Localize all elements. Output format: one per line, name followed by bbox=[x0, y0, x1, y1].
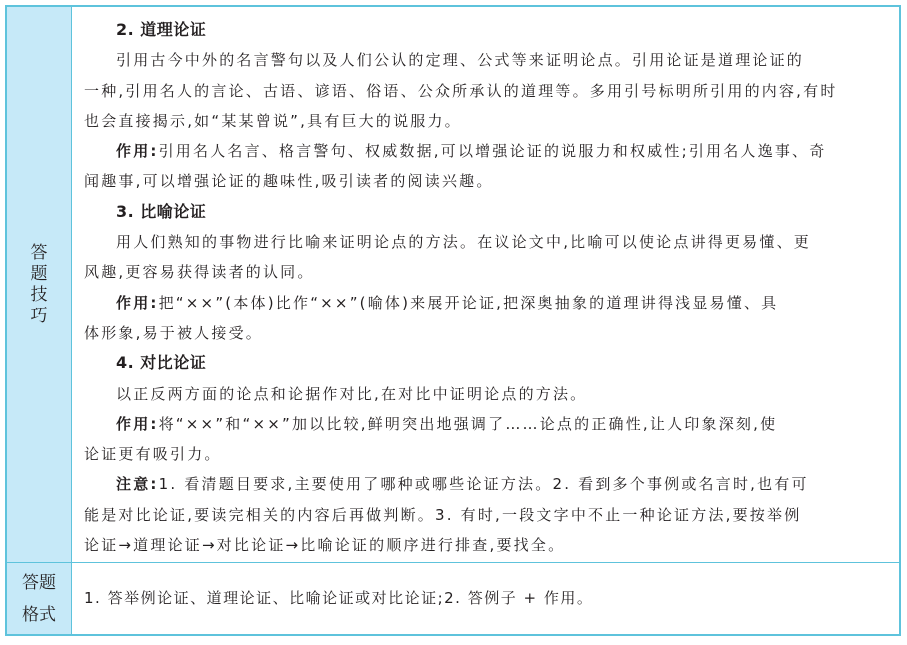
effect-line: 作用:把“××”(本体)比作“××”(喻体)来展开论证,把深奥抽象的道理讲得浅显… bbox=[84, 288, 889, 318]
note-label: 注意: bbox=[116, 475, 159, 493]
definition-line: 以正反两方面的论点和论据作对比,在对比中证明论点的方法。 bbox=[84, 379, 889, 409]
tips-row: 答题技巧 2. 道理论证 引用古今中外的名言警句以及人们公认的定理、公式等来证明… bbox=[7, 7, 899, 563]
definition-line: 用人们熟知的事物进行比喻来证明论点的方法。在议论文中,比喻可以使论点讲得更易懂、… bbox=[84, 227, 889, 257]
format-label-cell: 答题格式 bbox=[7, 563, 72, 634]
section-heading: 4. 对比论证 bbox=[84, 348, 889, 378]
effect-label: 作用: bbox=[116, 415, 159, 433]
effect-text: 将“××”和“××”加以比较,鲜明突出地强调了……论点的正确性,让人印象深刻,使 bbox=[159, 415, 778, 433]
definition-line: 风趣,更容易获得读者的认同。 bbox=[84, 257, 889, 287]
answer-guide-table: 答题技巧 2. 道理论证 引用古今中外的名言警句以及人们公认的定理、公式等来证明… bbox=[5, 5, 901, 636]
effect-text: 引用名人名言、格言警句、权威数据,可以增强论证的说服力和权威性;引用名人逸事、奇 bbox=[159, 142, 827, 160]
note-line: 注意:1. 看清题目要求,主要使用了哪种或哪些论证方法。2. 看到多个事例或名言… bbox=[84, 469, 889, 499]
effect-line: 体形象,易于被人接受。 bbox=[84, 318, 889, 348]
section-heading: 2. 道理论证 bbox=[84, 15, 889, 45]
effect-line: 作用:将“××”和“××”加以比较,鲜明突出地强调了……论点的正确性,让人印象深… bbox=[84, 409, 889, 439]
note-text: 1. 看清题目要求,主要使用了哪种或哪些论证方法。2. 看到多个事例或名言时,也… bbox=[159, 475, 809, 493]
effect-line: 闻趣事,可以增强论证的趣味性,吸引读者的阅读兴趣。 bbox=[84, 166, 889, 196]
format-row: 答题格式 1. 答举例论证、道理论证、比喻论证或对比论证;2. 答例子 + 作用… bbox=[7, 563, 899, 634]
note-line: 论证→道理论证→对比论证→比喻论证的顺序进行排查,要找全。 bbox=[84, 530, 889, 560]
tips-label: 答题技巧 bbox=[30, 243, 48, 327]
definition-line: 也会直接揭示,如“某某曾说”,具有巨大的说服力。 bbox=[84, 106, 889, 136]
effect-label: 作用: bbox=[116, 142, 159, 160]
section-heading: 3. 比喻论证 bbox=[84, 197, 889, 227]
format-label: 答题格式 bbox=[19, 567, 59, 631]
definition-line: 一种,引用名人的言论、古语、谚语、俗语、公众所承认的道理等。多用引号标明所引用的… bbox=[84, 76, 889, 106]
format-text: 1. 答举例论证、道理论证、比喻论证或对比论证;2. 答例子 + 作用。 bbox=[84, 583, 593, 613]
tips-content: 2. 道理论证 引用古今中外的名言警句以及人们公认的定理、公式等来证明论点。引用… bbox=[73, 7, 899, 562]
effect-line: 作用:引用名人名言、格言警句、权威数据,可以增强论证的说服力和权威性;引用名人逸… bbox=[84, 136, 889, 166]
definition-line: 引用古今中外的名言警句以及人们公认的定理、公式等来证明论点。引用论证是道理论证的 bbox=[84, 45, 889, 75]
format-content: 1. 答举例论证、道理论证、比喻论证或对比论证;2. 答例子 + 作用。 bbox=[73, 563, 899, 634]
tips-label-cell: 答题技巧 bbox=[7, 7, 72, 562]
effect-line: 论证更有吸引力。 bbox=[84, 439, 889, 469]
effect-label: 作用: bbox=[116, 294, 159, 312]
effect-text: 把“××”(本体)比作“××”(喻体)来展开论证,把深奥抽象的道理讲得浅显易懂、… bbox=[159, 294, 779, 312]
note-line: 能是对比论证,要读完相关的内容后再做判断。3. 有时,一段文字中不止一种论证方法… bbox=[84, 500, 889, 530]
